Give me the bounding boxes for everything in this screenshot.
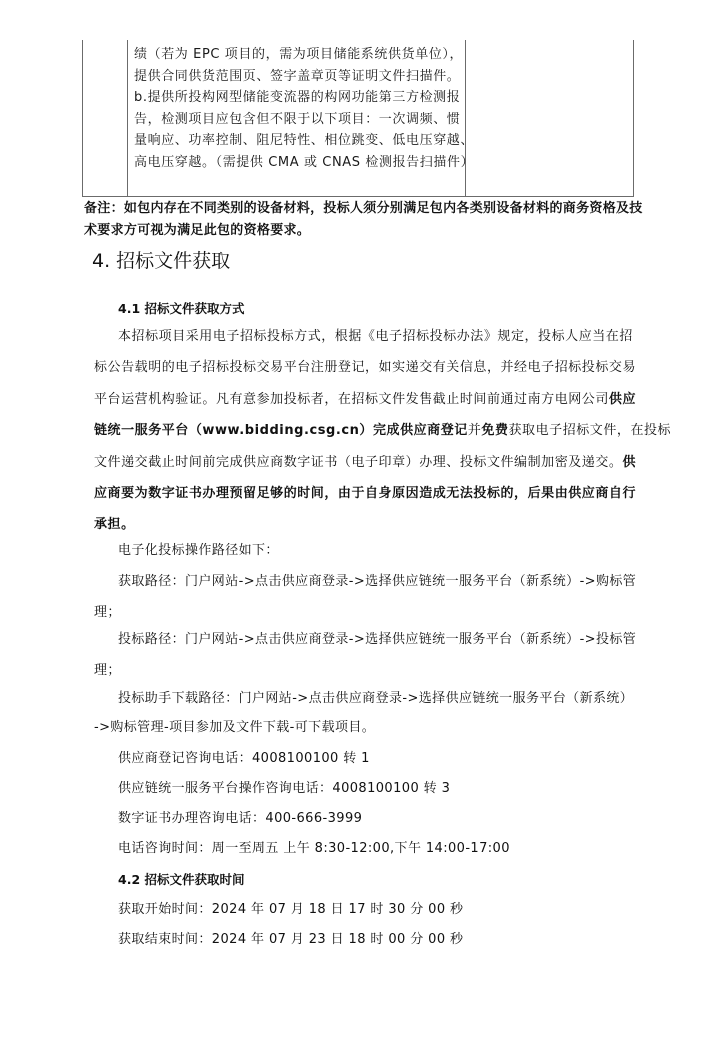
phone-certificate: 数字证书办理咨询电话：400-666-3999 — [118, 809, 362, 829]
paragraph-bold-text: 免费 — [481, 423, 508, 438]
paragraph-text: 平台运营机构验证。凡有意参加投标者，在招标文件发售截止时间前通过南方电网公司 — [94, 392, 609, 407]
paragraph-bold-text: 供应 — [609, 392, 636, 407]
path-get-line1: 获取路径：门户网站->点击供应商登录->选择供应链统一服务平台（新系统）->购标… — [118, 572, 636, 592]
document-page: 绩（若为 EPC 项目的，需为项目储能系统供货单位）， 提供合同供货范围页、签字… — [0, 0, 709, 1038]
path-get-line2: 理； — [94, 603, 121, 623]
subsection-heading-4-2: 4.2 招标文件获取时间 — [118, 870, 245, 890]
paragraph-text: 并 — [468, 423, 482, 438]
paragraph-text: 获取电子招标文件，在投标 — [509, 423, 672, 438]
section-heading: 4. 招标文件获取 — [92, 248, 230, 274]
paths-intro: 电子化投标操作路径如下： — [118, 541, 279, 561]
table-cell-remarks — [466, 40, 633, 196]
paragraph-line: 平台运营机构验证。凡有意参加投标者，在招标文件发售截止时间前通过南方电网公司供应 — [94, 384, 639, 415]
phone-hours: 电话咨询时间：周一至周五 上午 8:30-12:00,下午 14:00-17:0… — [118, 839, 510, 859]
table-cell-line: b.提供所投构网型储能变流器的构网功能第三方检测报 — [134, 87, 461, 109]
paragraph-text: 文件递交截止时间前完成供应商数字证书（电子印章）办理、投标文件编制加密及递交。 — [94, 455, 622, 470]
table-cell-line: 量响应、功率控制、阻尼特性、相位跳变、低电压穿越、 — [134, 130, 461, 152]
subsection-heading-4-1: 4.1 招标文件获取方式 — [118, 299, 245, 319]
acquisition-method-paragraph: 本招标项目采用电子招标投标方式，根据《电子招标投标办法》规定，投标人应当在招 标… — [94, 321, 639, 541]
paragraph-line: 链统一服务平台（www.bidding.csg.cn）完成供应商登记并免费获取电… — [94, 415, 639, 446]
path-tool-line1: 投标助手下载路径：门户网站->点击供应商登录->选择供应链统一服务平台（新系统） — [118, 689, 633, 709]
table-cell-requirements: 绩（若为 EPC 项目的，需为项目储能系统供货单位）， 提供合同供货范围页、签字… — [128, 40, 466, 196]
acquisition-start-time: 获取开始时间：2024 年 07 月 18 日 17 时 30 分 00 秒 — [118, 900, 463, 920]
phone-registration: 供应商登记咨询电话：4008100100 转 1 — [118, 749, 370, 769]
path-tool-line2: ->购标管理-项目参加及文件下载-可下载项目。 — [94, 718, 375, 738]
phone-platform: 供应链统一服务平台操作咨询电话：4008100100 转 3 — [118, 779, 450, 799]
path-bid-line1: 投标路径：门户网站->点击供应商登录->选择供应链统一服务平台（新系统）->投标… — [118, 630, 636, 650]
table-cell-line: 提供合同供货范围页、签字盖章页等证明文件扫描件。 — [134, 66, 461, 88]
note-line: 术要求方可视为满足此包的资格要求。 — [84, 220, 639, 242]
note-line: 备注：如包内存在不同类别的设备材料，投标人须分别满足包内各类别设备材料的商务资格… — [84, 198, 639, 220]
paragraph-bold-text: 供 — [622, 455, 636, 470]
paragraph-line: 标公告载明的电子招标投标交易平台注册登记，如实递交有关信息，并经电子招标投标交易 — [94, 352, 639, 383]
table-cell-line: 高电压穿越。（需提供 CMA 或 CNAS 检测报告扫描件） — [134, 152, 461, 174]
table-cell-index — [83, 40, 128, 196]
platform-link-text: 链统一服务平台（www.bidding.csg.cn）完成供应商登记 — [94, 423, 468, 438]
acquisition-end-time: 获取结束时间：2024 年 07 月 23 日 18 时 00 分 00 秒 — [118, 930, 463, 950]
table-cell-line: 绩（若为 EPC 项目的，需为项目储能系统供货单位）， — [134, 44, 461, 66]
paragraph-line: 本招标项目采用电子招标投标方式，根据《电子招标投标办法》规定，投标人应当在招 — [94, 321, 639, 352]
paragraph-line: 应商要为数字证书办理预留足够的时间，由于自身原因造成无法投标的，后果由供应商自行 — [94, 478, 639, 509]
path-bid-line2: 理； — [94, 661, 121, 681]
table-cell-line: 告，检测项目应包含但不限于以下项目：一次调频、惯 — [134, 109, 461, 131]
requirements-table: 绩（若为 EPC 项目的，需为项目储能系统供货单位）， 提供合同供货范围页、签字… — [82, 40, 634, 197]
paragraph-line: 承担。 — [94, 509, 639, 540]
table-note: 备注：如包内存在不同类别的设备材料，投标人须分别满足包内各类别设备材料的商务资格… — [84, 198, 639, 242]
paragraph-line: 文件递交截止时间前完成供应商数字证书（电子印章）办理、投标文件编制加密及递交。供 — [94, 447, 639, 478]
